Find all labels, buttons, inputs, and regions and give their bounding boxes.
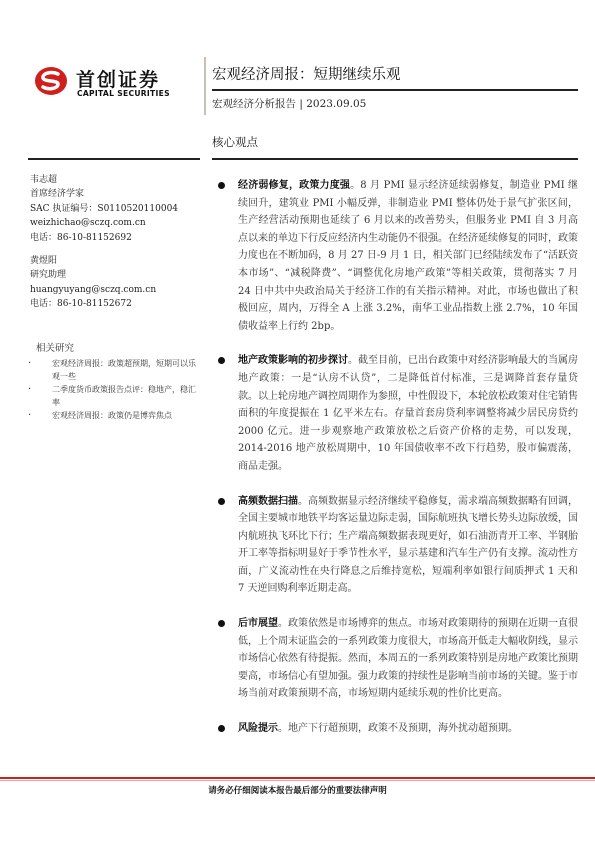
section-rule — [212, 158, 578, 160]
author-card: 黄煜阳 研究助理 huangyuyang@sczq.com.cn 电话：86-1… — [30, 254, 178, 312]
footer-rule-secondary — [0, 780, 595, 781]
bullet-icon — [218, 182, 225, 189]
key-point: 后市展望。政策依然是市场博弈的焦点。市场对政策期待的预期在近期一直很低，上个周末… — [212, 615, 578, 703]
related-title: 相关研究 — [36, 340, 197, 354]
point-heading: 经济弱修复，政策力度强 — [238, 180, 350, 191]
author-role: 研究助理 — [30, 268, 178, 282]
footer-disclaimer: 请务必仔细阅读本报告最后部分的重要法律声明 — [0, 784, 595, 796]
footer-rule — [0, 777, 595, 779]
author-role: 首席经济学家 — [30, 187, 178, 201]
header-divider — [204, 57, 206, 115]
author-name: 韦志超 — [30, 173, 178, 187]
report-title: 宏观经济周报：短期继续乐观 — [212, 63, 401, 84]
core-points: 经济弱修复，政策力度强。8 月 PMI 显示经济延续弱修复，制造业 PMI 继续… — [212, 177, 578, 755]
author-email[interactable]: huangyuyang@sczq.com.cn — [30, 283, 178, 297]
author-email[interactable]: weizhichao@sczq.com.cn — [30, 216, 178, 230]
point-text: 。8 月 PMI 显示经济延续弱修复，制造业 PMI 继续回升，建筑业 PMI … — [238, 180, 578, 332]
bullet-icon — [218, 357, 225, 364]
author-name: 黄煜阳 — [30, 254, 178, 268]
related-item[interactable]: 宏观经济周报：政策超预期，短期可以乐观一些 — [32, 357, 197, 383]
point-heading: 高频数据扫描 — [238, 496, 298, 507]
point-heading: 后市展望 — [238, 618, 278, 629]
bullet-icon — [218, 498, 225, 505]
title-rule — [212, 89, 578, 91]
point-text: 。高频数据显示经济继续平稳修复，需求端高频数据略有回调，全国主要城市地铁平均客运… — [238, 496, 578, 595]
key-point: 地产政策影响的初步探讨。截至目前，已出台政策中对经济影响最大的当属房地产政策：一… — [212, 352, 578, 475]
related-item[interactable]: 宏观经济周报：政策仍是博弈焦点 — [32, 409, 197, 422]
author-phone: 电话：86-10-81152672 — [30, 297, 178, 311]
author-card: 韦志超 首席经济学家 SAC 执证编号：S0110520110004 weizh… — [30, 173, 178, 245]
point-text: 。地产下行超预期，政策不及预期，海外扰动超预期。 — [278, 723, 518, 734]
key-point: 高频数据扫描。高频数据显示经济继续平稳修复，需求端高频数据略有回调，全国主要城市… — [212, 493, 578, 599]
related-research: 相关研究 宏观经济周报：政策超预期，短期可以乐观一些 二季度货币政策报告点评：稳… — [32, 340, 197, 422]
author-sac: SAC 执证编号：S0110520110004 — [30, 202, 178, 216]
logo-en-text: CAPITAL SECURITIES — [77, 89, 170, 98]
point-heading: 风险提示 — [238, 723, 278, 734]
point-text: 。政策依然是市场博弈的焦点。市场对政策期待的预期在近期一直很低，上个周末证监会的… — [238, 618, 578, 699]
company-logo: 首创证券 CAPITAL SECURITIES — [34, 63, 194, 103]
key-point: 风险提示。地产下行超预期，政策不及预期，海外扰动超预期。 — [212, 720, 578, 738]
related-item[interactable]: 二季度货币政策报告点评：稳地产，稳汇率 — [32, 383, 197, 409]
bullet-icon — [218, 620, 225, 627]
point-text: 。截至目前，已出台政策中对经济影响最大的当属房地产政策：一是“认房不认贷”，二是… — [238, 355, 578, 472]
section-title: 核心观点 — [212, 134, 258, 150]
logo-cn-text: 首创证券 — [76, 65, 160, 92]
bullet-icon — [218, 725, 225, 732]
point-heading: 地产政策影响的初步探讨 — [238, 355, 348, 366]
logo-s-icon — [34, 65, 68, 97]
author-list: 韦志超 首席经济学家 SAC 执证编号：S0110520110004 weizh… — [30, 173, 178, 321]
author-phone: 电话：86-10-81152692 — [30, 231, 178, 245]
sidebar-rule — [28, 158, 200, 160]
report-subtitle: 宏观经济分析报告 | 2023.09.05 — [212, 96, 366, 111]
key-point: 经济弱修复，政策力度强。8 月 PMI 显示经济延续弱修复，制造业 PMI 继续… — [212, 177, 578, 335]
